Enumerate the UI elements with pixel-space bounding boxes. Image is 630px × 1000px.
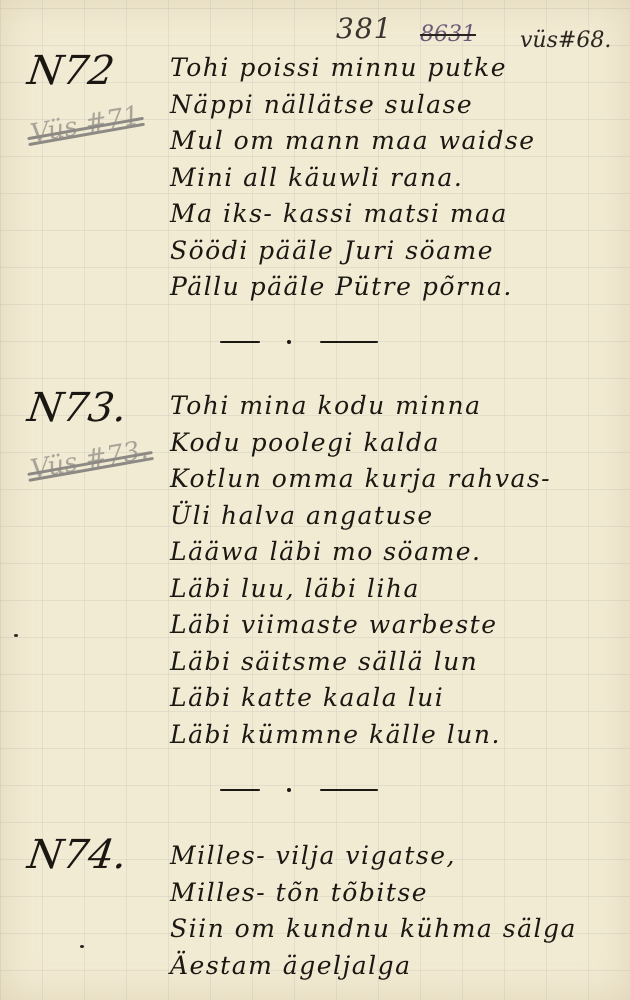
- separator-dash: [320, 789, 378, 791]
- verse-line: Kodu poolegi kalda: [170, 425, 610, 462]
- page-number: 381: [336, 12, 392, 45]
- verse-line: Näppi nällätse sulase: [170, 87, 610, 124]
- verse-line: Mul om mann maa waidse: [170, 123, 610, 160]
- verse-line: Läbi säitsme sällä lun: [170, 644, 610, 681]
- verse-line: Tohi poissi minnu putke: [170, 50, 610, 87]
- verse-line: Läbi katte kaala lui: [170, 680, 610, 717]
- verse-line: Söödi pääle Juri söame: [170, 233, 610, 270]
- poem-number-72: N72: [25, 48, 117, 94]
- verse-line: Üli halva angatuse: [170, 498, 610, 535]
- verse-line: Läbi luu, läbi liha: [170, 571, 610, 608]
- separator-dash: [220, 341, 260, 343]
- section-separator: [220, 785, 380, 795]
- separator-dot: [287, 340, 291, 344]
- struck-old-number: 8631: [420, 22, 476, 47]
- verse-line: Milles- vilja vigatse,: [170, 838, 610, 875]
- verse-72: Tohi poissi minnu putke Näppi nällätse s…: [170, 50, 610, 306]
- verse-line: Läbi viimaste warbeste: [170, 607, 610, 644]
- verse-line: Siin om kundnu kühma sälga: [170, 911, 610, 948]
- verse-line: Pällu pääle Pütre põrna.: [170, 269, 610, 306]
- poem-number-74: N74.: [25, 832, 130, 878]
- manuscript-page: 381 8631 vüs#68. N72 Vüs #71 Tohi poissi…: [0, 0, 630, 1000]
- verse-line: Äestam ägeljalga: [170, 948, 610, 985]
- separator-dash: [320, 341, 378, 343]
- verse-line: Milles- tõn tõbitse: [170, 875, 610, 912]
- struck-pencil-reference-72: Vüs #71: [28, 101, 142, 150]
- verse-line: Lääwa läbi mo söame.: [170, 534, 610, 571]
- ink-speck: [80, 945, 84, 948]
- verse-line: Tohi mina kodu minna: [170, 388, 610, 425]
- verse-74: Milles- vilja vigatse, Milles- tõn tõbit…: [170, 838, 610, 984]
- section-separator: [220, 337, 380, 347]
- poem-number-73: N73.: [25, 385, 130, 431]
- separator-dot: [287, 788, 291, 792]
- verse-line: Läbi kümmne källe lun.: [170, 717, 610, 754]
- ink-speck: [14, 634, 18, 637]
- struck-pencil-reference-73: Vüs #73.: [28, 435, 150, 485]
- separator-dash: [220, 789, 260, 791]
- verse-line: Kotlun omma kurja rahvas-: [170, 461, 610, 498]
- verse-73: Tohi mina kodu minna Kodu poolegi kalda …: [170, 388, 610, 753]
- verse-line: Mini all käuwli rana.: [170, 160, 610, 197]
- verse-line: Ma iks- kassi matsi maa: [170, 196, 610, 233]
